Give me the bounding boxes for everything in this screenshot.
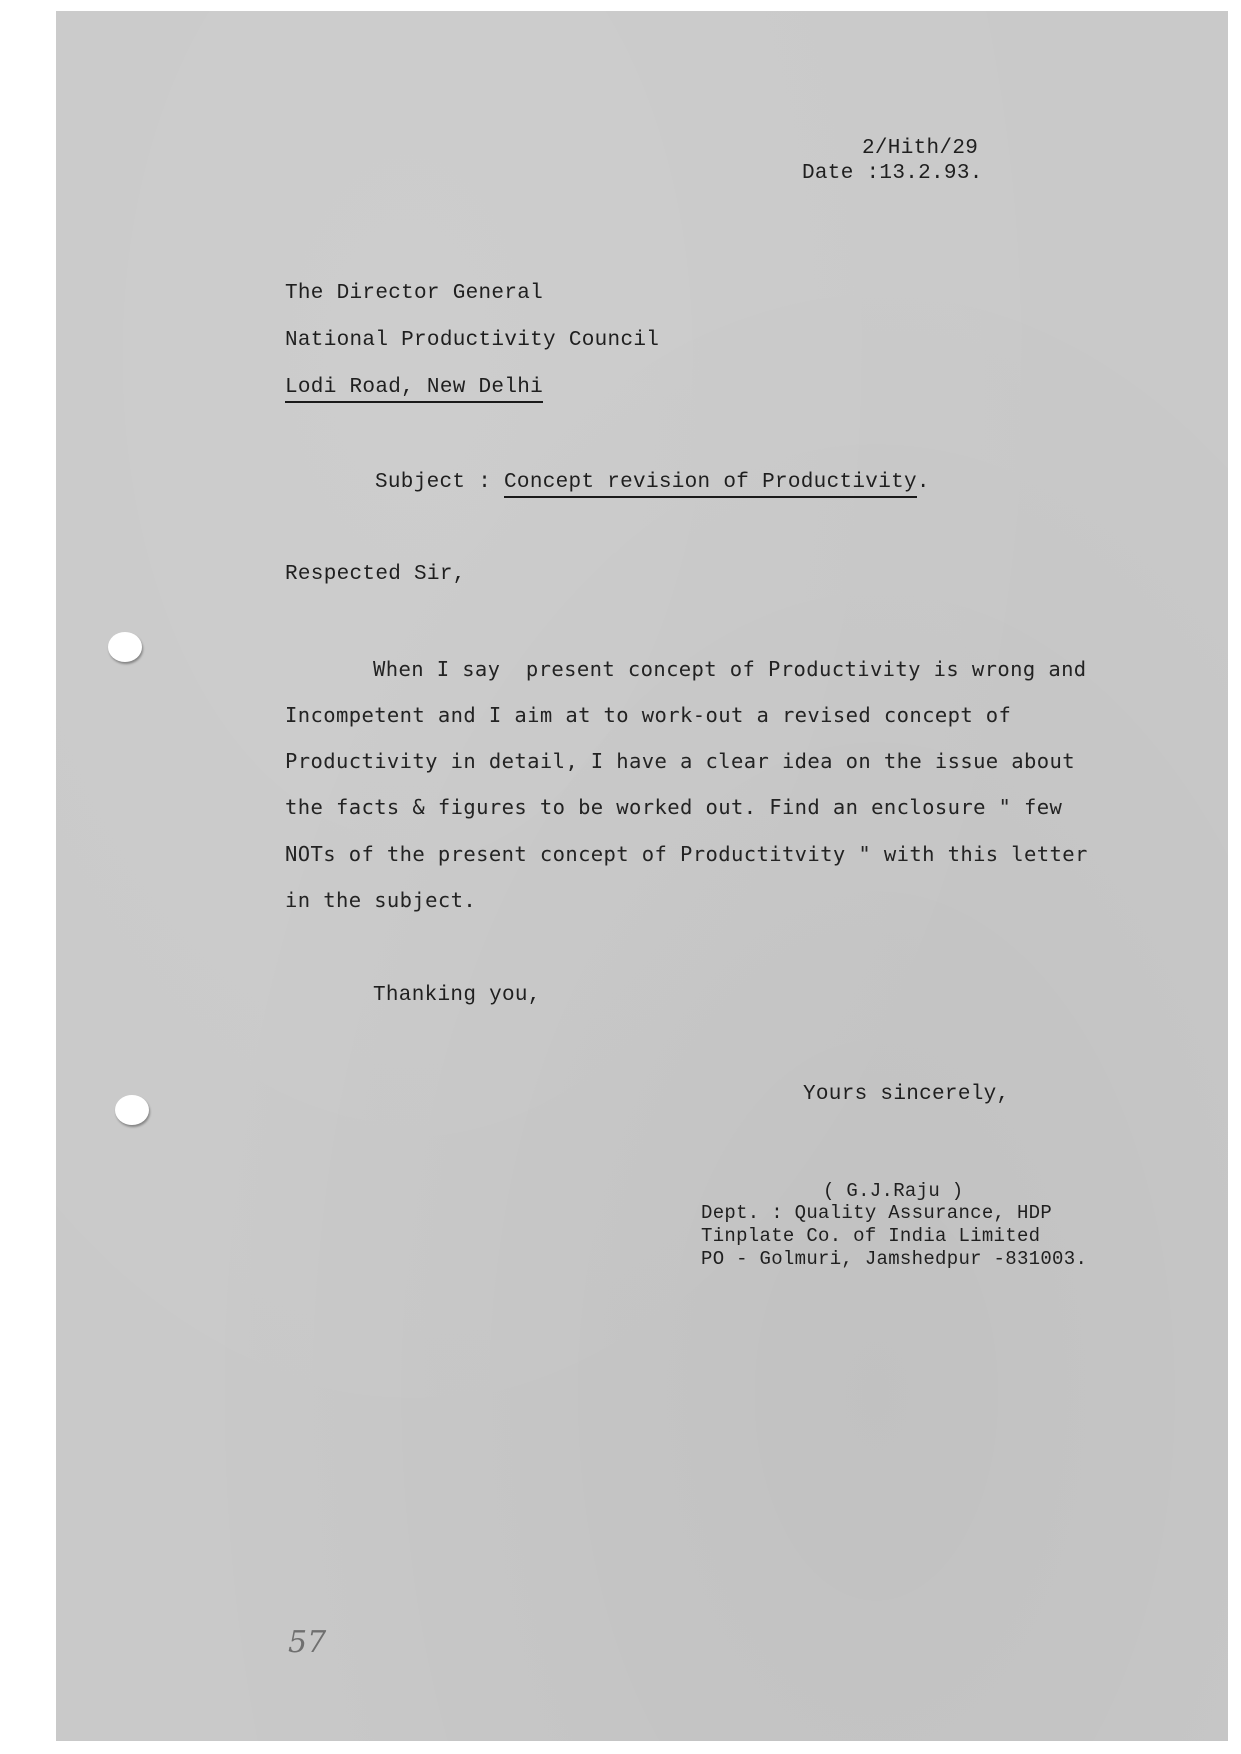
- recipient-line-3: Lodi Road, New Delhi: [285, 376, 543, 403]
- scanned-letter-page: [56, 11, 1228, 1741]
- letter-date: Date :13.2.93.: [802, 162, 983, 185]
- body-line: Incompetent and I aim at to work-out a r…: [285, 703, 1011, 727]
- body-line: NOTs of the present concept of Productit…: [285, 842, 1088, 866]
- subject-label: Subject :: [375, 471, 504, 494]
- reference-number: 2/Hith/29: [862, 137, 978, 160]
- recipient-line-2: National Productivity Council: [285, 329, 659, 352]
- body-line: Productivity in detail, I have a clear i…: [285, 749, 1075, 773]
- signatory-name: ( G.J.Raju ): [823, 1180, 963, 1202]
- punch-hole: [115, 1095, 149, 1125]
- recipient-line-1: The Director General: [285, 282, 543, 305]
- punch-hole: [108, 632, 142, 662]
- handwritten-page-number: 57: [288, 1625, 326, 1660]
- body-line: the facts & figures to be worked out. Fi…: [285, 795, 1062, 819]
- body-line: in the subject.: [285, 888, 476, 912]
- signatory-dept: Dept. : Quality Assurance, HDP: [701, 1202, 1052, 1224]
- subject-line: Subject : Concept revision of Productivi…: [375, 471, 930, 494]
- salutation: Respected Sir,: [285, 563, 466, 586]
- thanks-line: Thanking you,: [373, 984, 541, 1007]
- body-line: When I say present concept of Productivi…: [373, 657, 1087, 681]
- signatory-company: Tinplate Co. of India Limited: [701, 1225, 1040, 1247]
- closing-line: Yours sincerely,: [803, 1083, 1009, 1106]
- subject-end: .: [917, 471, 930, 494]
- signatory-address: PO - Golmuri, Jamshedpur -831003.: [701, 1248, 1087, 1270]
- subject-text: Concept revision of Productivity: [504, 471, 917, 498]
